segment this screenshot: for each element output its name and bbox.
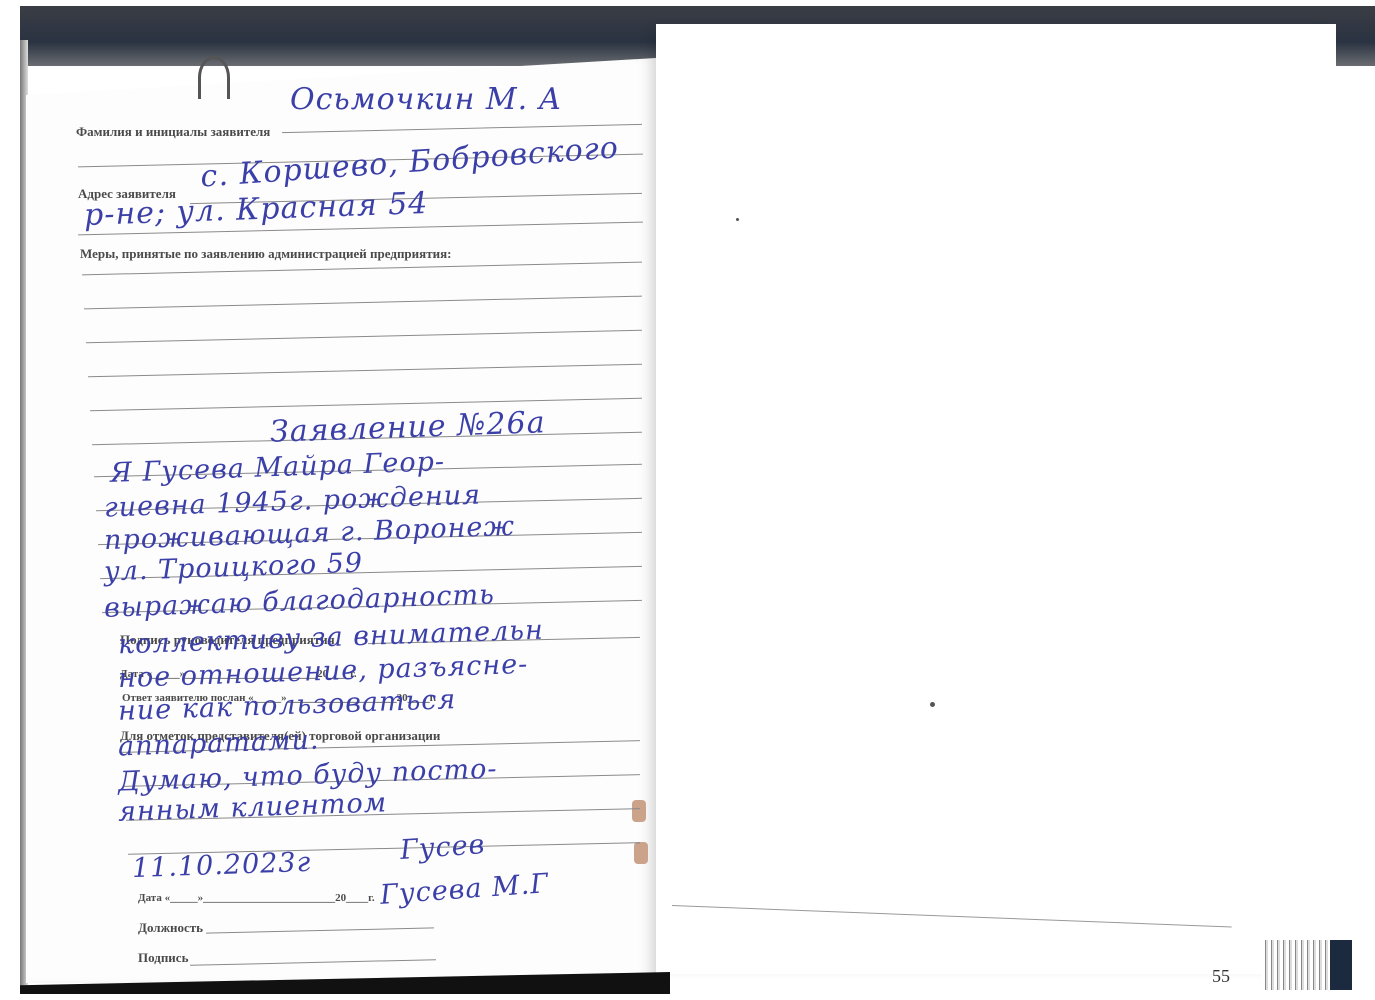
label-date-2: Дата «_____»________________________20__… — [138, 892, 375, 904]
label-applicant-name: Фамилия и инициалы заявителя — [76, 124, 270, 140]
page-number: 55 — [1212, 966, 1230, 987]
handwritten-applicant-name: Осьмочкин М. А — [290, 82, 562, 117]
binder-clip-icon — [634, 842, 648, 864]
page-stack-edge — [1262, 940, 1352, 990]
label-position: Должность — [138, 920, 203, 936]
label-signature: Подпись — [138, 950, 188, 966]
label-measures: Меры, принятые по заявлению администраци… — [80, 246, 451, 262]
handwritten-date: 11.10.2023г — [132, 847, 312, 884]
binder-clip-icon — [632, 800, 646, 822]
scan-speck — [736, 218, 739, 221]
scan-speck — [930, 702, 935, 707]
right-page — [656, 24, 1336, 974]
handwritten-signature: Гусев — [399, 829, 486, 866]
binder-ring-icon — [198, 56, 230, 99]
